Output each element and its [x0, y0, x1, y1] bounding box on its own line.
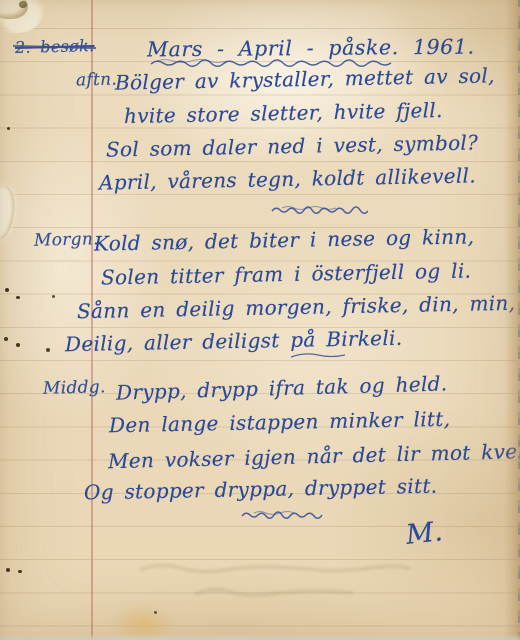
- stanza-label-aftn: aftn.: [76, 70, 118, 91]
- birkeli-underline: [289, 351, 347, 360]
- poem-line: Kold snø, det biter i nese og kinn,: [94, 224, 475, 255]
- binder-hole-dot: [19, 1, 27, 8]
- ink-speck: [46, 348, 50, 352]
- stanza-label-morgn: Morgn.: [34, 229, 99, 251]
- poem-line: hvite store sletter, hvite fjell.: [124, 98, 443, 128]
- ink-speck: [16, 296, 20, 299]
- poem-line: Og stopper dryppa, dryppet sitt.: [84, 474, 438, 505]
- paper-edge-tear: [0, 185, 18, 242]
- ink-speck: [7, 127, 10, 130]
- poem-line: Men vokser igjen når det lir mot kveld: [108, 439, 520, 473]
- poem-line: Drypp, drypp ifra tak og held.: [116, 371, 448, 404]
- notebook-page: 2. besøk. Mars - April - påske. 1961. af…: [0, 0, 520, 640]
- signature: M.: [404, 516, 444, 551]
- poem-line: Solen titter fram i österfjell og li.: [101, 258, 472, 289]
- ink-speck: [16, 343, 20, 347]
- poem-line: Sånn en deilig morgen, friske, din, min,: [77, 291, 516, 323]
- ink-speck: [5, 288, 9, 292]
- stanza-divider: [240, 509, 324, 521]
- stanza-label-middg: Middg.: [43, 377, 106, 399]
- stanza-divider: [270, 204, 368, 216]
- poem-line: Den lange istappen minker litt,: [109, 407, 451, 438]
- paper-tear-hole: [0, 0, 44, 33]
- ink-speck: [4, 337, 8, 341]
- ink-speck: [6, 568, 10, 572]
- poem-line: Deilig, aller deiligst på Birkeli.: [65, 326, 403, 356]
- poem-line: Bölger av krystaller, mettet av sol,: [115, 63, 495, 94]
- ink-speck: [52, 295, 55, 298]
- page-title: Mars - April - påske. 1961.: [147, 35, 475, 62]
- struck-note: 2. besøk.: [15, 36, 95, 57]
- scan-bottom-edge: [0, 634, 520, 640]
- bleedthrough-writing: [135, 560, 445, 606]
- poem-line: Sol som daler ned i vest, symbol?: [106, 130, 479, 161]
- scan-right-edge: [504, 0, 520, 640]
- poem-line: April, vårens tegn, koldt allikevell.: [99, 163, 476, 194]
- ink-speck: [18, 570, 22, 573]
- paper-tear-rim: [0, 0, 28, 19]
